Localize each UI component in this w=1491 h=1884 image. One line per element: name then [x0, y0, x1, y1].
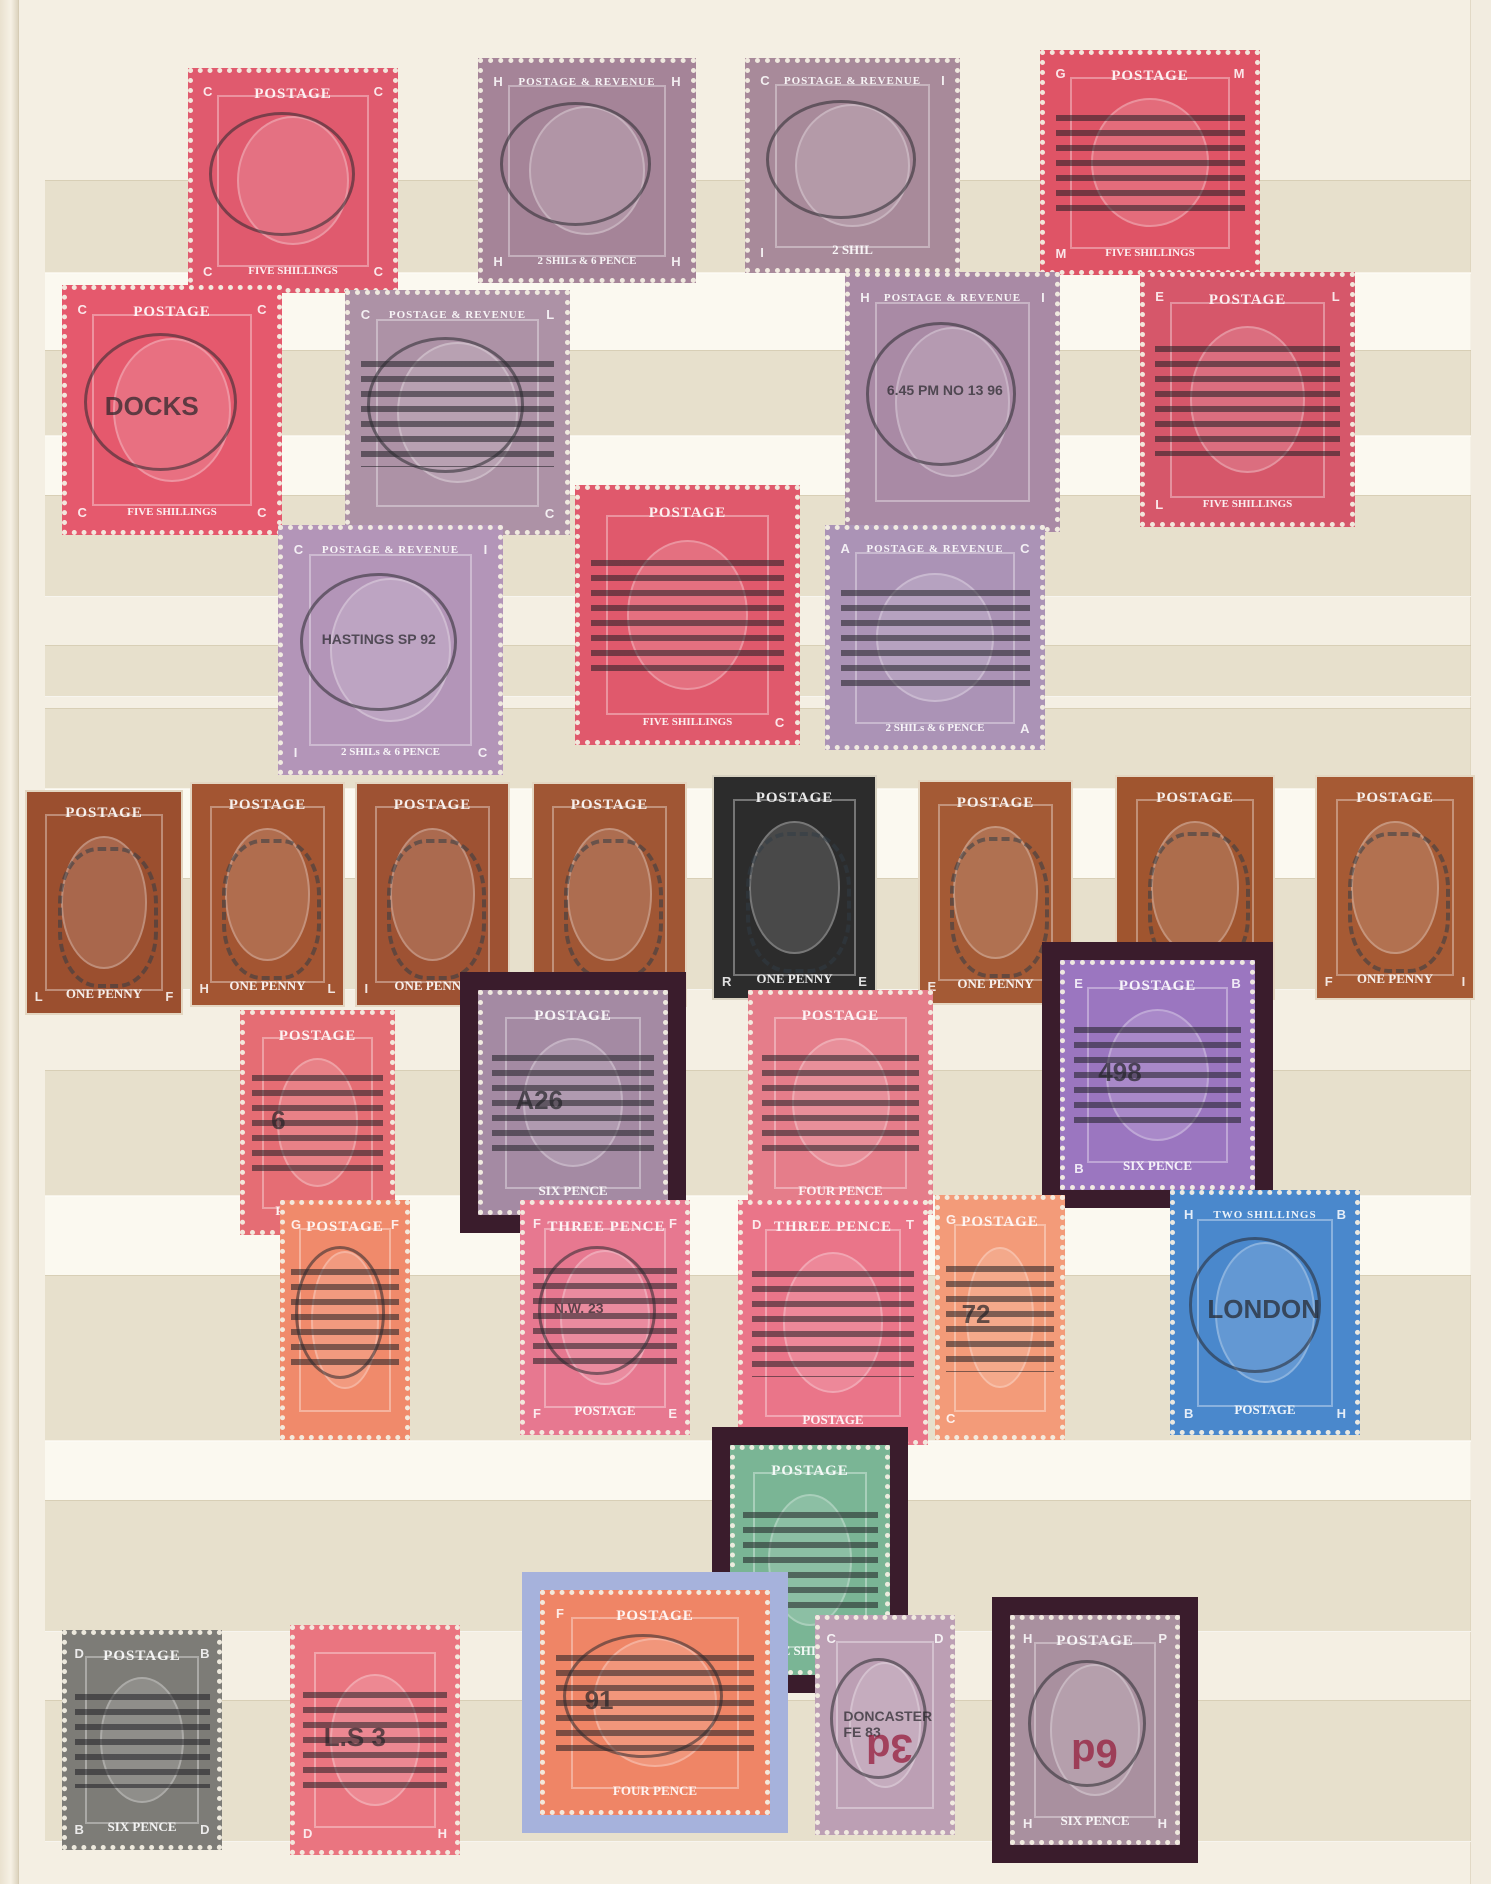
stamp-top-label: POSTAGE [1074, 68, 1225, 85]
page-binding [0, 0, 19, 1884]
stamp[interactable]: POSTAGE & REVENUECLC [345, 290, 570, 535]
corner-letter: F [556, 1606, 564, 1621]
corner-letter: L [328, 981, 336, 996]
stamp-bottom-label: ONE PENNY [42, 986, 165, 1002]
corner-letter: A [1020, 721, 1029, 736]
corner-letter: H [860, 290, 869, 305]
stamp[interactable]: POSTAGEFIVE SHILLINGSCCCC [188, 68, 398, 293]
stamp-top-label: POSTAGE [1339, 790, 1451, 807]
overprint: 6d [1071, 1730, 1118, 1775]
stamp[interactable]: POSTAGEFIVE SHILLINGSC [575, 485, 800, 745]
stamp[interactable]: POSTAGE & REVENUEHI6.45 PM NO 13 96 [845, 272, 1060, 532]
corner-letter: E [858, 974, 867, 989]
corner-letter: F [533, 1216, 541, 1231]
stamp[interactable]: POSTAGEONE PENNYHL [190, 782, 345, 1007]
postmark-text: L.S 3 [324, 1722, 386, 1753]
stamp[interactable]: POSTAGE & REVENUE2 SHILs & 6 PENCEHHHH [478, 58, 696, 283]
corner-letter: I [1462, 974, 1466, 989]
stamp-top-label: POSTAGE [96, 304, 247, 321]
postmark-text: 72 [962, 1299, 991, 1330]
corner-letter: H [671, 74, 680, 89]
corner-letter: C [760, 73, 769, 88]
stamp-top-label: POSTAGE & REVENUE [859, 543, 1010, 555]
corner-letter: H [1184, 1207, 1193, 1222]
stamp-bottom-label: 2 SHIL [771, 242, 935, 258]
circular-postmark [209, 112, 355, 236]
corner-letter: C [203, 264, 212, 279]
corner-letter: M [1056, 246, 1067, 261]
stamp-bottom-label: ONE PENNY [730, 971, 859, 987]
stamp[interactable]: POSTAGESIX PENCEDBBD [62, 1630, 222, 1850]
corner-letter: A [841, 541, 850, 556]
stamp[interactable]: POSTAGEONE PENNYFI [1315, 775, 1475, 1000]
stamp-top-label: POSTAGE [1174, 292, 1322, 309]
stamp-bottom-label: FIVE SHILLINGS [602, 716, 774, 728]
postmark-text: 91 [585, 1685, 614, 1716]
corner-letter: M [1234, 66, 1245, 81]
stamp-bottom-label: FIVE SHILLINGS [1066, 247, 1234, 259]
corner-letter: C [1020, 541, 1029, 556]
corner-letter: H [671, 254, 680, 269]
postmark-text: A26 [515, 1085, 563, 1116]
corner-letter: E [1155, 289, 1164, 304]
corner-letter: H [1023, 1816, 1032, 1831]
postmark-text: HASTINGS SP 92 [322, 631, 436, 647]
corner-letter: G [1056, 66, 1066, 81]
corner-letter: I [760, 245, 764, 260]
stamp-bottom-label: FIVE SHILLINGS [88, 506, 256, 518]
stamp-top-label: POSTAGE [508, 1008, 638, 1025]
stamp[interactable]: POSTAGEGF [280, 1200, 410, 1440]
maltese-cross-cancel [387, 839, 486, 980]
stamp-top-label: POSTAGE [1037, 1633, 1152, 1650]
corner-letter: B [1184, 1406, 1193, 1421]
stamp-top-label: POSTAGE & REVENUE [380, 309, 535, 321]
corner-letter: R [722, 974, 731, 989]
stamp-bottom-label: FOUR PENCE [771, 1183, 911, 1199]
stamp-bottom-label: SIX PENCE [82, 1819, 202, 1835]
stamp-top-label: POSTAGE & REVENUE [512, 76, 662, 88]
stamp-top-label: POSTAGE [610, 505, 765, 522]
stamp[interactable]: POSTAGEFOUR PENCEF91 [540, 1590, 770, 1815]
corner-letter: F [669, 1216, 677, 1231]
corner-letter: L [1155, 497, 1163, 512]
corner-letter: L [1332, 289, 1340, 304]
corner-letter: I [941, 73, 945, 88]
stamp-bottom-label: ONE PENNY [1333, 971, 1458, 987]
corner-letter: C [257, 302, 266, 317]
stamp-bottom-label: ONE PENNY [207, 978, 328, 994]
corner-letter: D [303, 1826, 312, 1841]
maltese-cross-cancel [746, 832, 851, 973]
corner-letter: H [438, 1826, 447, 1841]
corner-letter: G [946, 1212, 956, 1227]
corner-letter: H [1023, 1631, 1032, 1646]
corner-letter: C [361, 307, 370, 322]
postmark-text: LONDON [1207, 1294, 1320, 1325]
corner-letter: H [200, 981, 209, 996]
stamp-top-label: POSTAGE [1091, 978, 1224, 995]
stamp-top-label: POSTAGE [576, 1608, 734, 1625]
maltese-cross-cancel [222, 839, 321, 980]
stamp-bottom-label: FIVE SHILLINGS [1166, 498, 1330, 510]
stamp-top-label: POSTAGE [957, 1214, 1043, 1231]
stamp-top-label: POSTAGE [555, 797, 664, 814]
stamp-bottom-label: FOUR PENCE [567, 1783, 743, 1799]
maltese-cross-cancel [950, 837, 1049, 978]
stamp-bottom-label: 2 SHILs & 6 PENCE [305, 746, 477, 758]
maltese-cross-cancel [564, 839, 663, 980]
corner-letter: D [200, 1822, 209, 1837]
corner-letter: I [1041, 290, 1045, 305]
postmark-text: 498 [1098, 1057, 1141, 1088]
corner-letter: C [374, 264, 383, 279]
corner-letter: D [75, 1646, 84, 1661]
stamp-top-label: POSTAGE [213, 797, 322, 814]
circular-postmark [367, 337, 524, 472]
maltese-cross-cancel [58, 847, 158, 988]
corner-letter: C [78, 505, 87, 520]
stamp[interactable]: POSTAGESIX PENCEEBB498 [1060, 960, 1255, 1190]
stamp[interactable]: THREE PENCEPOSTAGEDT [738, 1200, 928, 1445]
stamp-top-label: POSTAGE [1139, 790, 1251, 807]
stamp[interactable]: POSTAGEFOUR PENCE [748, 990, 933, 1215]
stamp-bottom-label: ONE PENNY [935, 976, 1056, 992]
overprint: 3d [866, 1725, 913, 1770]
barred-cancel [752, 1271, 914, 1377]
corner-letter: C [478, 745, 487, 760]
circular-postmark [295, 1246, 385, 1379]
stamp[interactable]: POSTAGE & REVENUE2 SHILCII [745, 58, 960, 273]
stamp-bottom-label: SIX PENCE [501, 1183, 645, 1199]
corner-letter: F [1325, 974, 1333, 989]
corner-letter: F [533, 1406, 541, 1421]
stamp[interactable]: POSTAGEGC72 [935, 1195, 1065, 1440]
corner-letter: F [165, 989, 173, 1004]
corner-letter: C [78, 302, 87, 317]
corner-letter: T [906, 1217, 914, 1232]
corner-letter: C [827, 1631, 836, 1646]
stamp-bottom-label: SIX PENCE [1084, 1158, 1232, 1174]
stamp[interactable]: POSTAGEONE PENNYLF [25, 790, 183, 1015]
circular-postmark [766, 100, 916, 219]
corner-letter: H [1337, 1406, 1346, 1421]
stamp-bottom-label: POSTAGE [761, 1412, 905, 1428]
stamp-top-label: POSTAGE [265, 1028, 369, 1045]
barred-cancel [75, 1694, 210, 1789]
corner-letter: B [75, 1822, 84, 1837]
stamp[interactable]: POSTAGEFIVE SHILLINGSGMM [1040, 50, 1260, 275]
postmark-text: 6.45 PM NO 13 96 [887, 382, 1003, 398]
corner-letter: G [291, 1217, 301, 1232]
corner-letter: E [668, 1406, 677, 1421]
barred-cancel [1056, 115, 1245, 212]
stamp[interactable]: POSTAGEFIVE SHILLINGSCCCCDOCKS [62, 285, 282, 535]
barred-cancel [841, 590, 1030, 687]
corner-letter: B [1074, 1161, 1083, 1176]
stamp-top-label: POSTAGE [88, 1648, 196, 1665]
corner-letter: C [374, 84, 383, 99]
stamp-top-label: POSTAGE & REVENUE [313, 544, 468, 556]
stamp-top-label: POSTAGE & REVENUE [779, 75, 927, 87]
corner-letter: C [294, 542, 303, 557]
stamp-top-label: TWO SHILLINGS [1200, 1209, 1330, 1221]
stamp-top-label: POSTAGE [221, 86, 365, 103]
corner-letter: C [545, 506, 554, 521]
corner-letter: H [493, 254, 502, 269]
postmark-text: N.W. 23 [554, 1300, 604, 1316]
stamp-bottom-label: FIVE SHILLINGS [213, 265, 373, 277]
corner-letter: B [1337, 1207, 1346, 1222]
stamp[interactable]: DHL.S 3 [290, 1625, 460, 1855]
stamp-bottom-label: POSTAGE [541, 1403, 669, 1419]
stamp-bottom-label: 2 SHILs & 6 PENCE [851, 722, 1019, 734]
stamp[interactable]: TWO SHILLINGSPOSTAGEHBBHLONDON [1170, 1190, 1360, 1435]
corner-letter: F [391, 1217, 399, 1232]
stamp[interactable]: CDDONCASTER FE 833d [815, 1615, 955, 1835]
corner-letter: H [493, 74, 502, 89]
stamp-top-label: POSTAGE [778, 1008, 904, 1025]
stamp[interactable]: POSTAGESIX PENCEHPHH6d [1010, 1615, 1180, 1845]
corner-letter: C [946, 1411, 955, 1426]
stamp-top-label: THREE PENCE [768, 1219, 898, 1236]
postmark-text: 6 [271, 1105, 285, 1136]
stamp-top-label: POSTAGE & REVENUE [879, 292, 1027, 304]
stockbook-page: POSTAGEFIVE SHILLINGSCCCCPOSTAGE & REVEN… [0, 0, 1491, 1884]
stamp[interactable]: POSTAGE & REVENUE2 SHILs & 6 PENCEACA [825, 525, 1045, 750]
stamp[interactable]: POSTAGEONE PENNYRE [712, 775, 877, 1000]
barred-cancel [591, 560, 785, 673]
corner-letter: C [203, 84, 212, 99]
postmark-text: DOCKS [105, 391, 199, 422]
stamp-top-label: POSTAGE [49, 805, 160, 822]
stamp[interactable]: THREE PENCEPOSTAGEFFFEN.W. 23 [520, 1200, 690, 1435]
corner-letter: I [484, 542, 488, 557]
corner-letter: C [257, 505, 266, 520]
stamp-top-label: POSTAGE [378, 797, 487, 814]
corner-letter: I [365, 981, 369, 996]
stamp-top-label: POSTAGE [737, 790, 853, 807]
corner-letter: B [200, 1646, 209, 1661]
barred-cancel [762, 1055, 920, 1152]
stamp-top-label: POSTAGE [756, 1463, 864, 1480]
stamp[interactable]: POSTAGESIX PENCEA26 [478, 990, 668, 1215]
stamp[interactable]: POSTAGEFIVE SHILLINGSELL [1140, 272, 1355, 527]
stamp-bottom-label: SIX PENCE [1031, 1813, 1159, 1829]
corner-letter: I [294, 745, 298, 760]
stamp-top-label: THREE PENCE [547, 1219, 662, 1236]
corner-letter: L [35, 989, 43, 1004]
corner-letter: D [934, 1631, 943, 1646]
corner-letter: D [752, 1217, 761, 1232]
stamp-top-label: POSTAGE [302, 1219, 388, 1236]
corner-letter: L [546, 307, 554, 322]
circular-postmark [500, 102, 652, 226]
corner-letter: E [1074, 976, 1083, 991]
stamp[interactable]: POSTAGE & REVENUE2 SHILs & 6 PENCECIICHA… [278, 525, 503, 775]
corner-letter: P [1158, 1631, 1167, 1646]
barred-cancel [1155, 346, 1340, 456]
corner-letter: B [1231, 976, 1240, 991]
corner-letter: H [1158, 1816, 1167, 1831]
corner-letter: C [775, 715, 784, 730]
stamp-top-label: POSTAGE [941, 795, 1050, 812]
maltese-cross-cancel [1348, 832, 1450, 973]
stamp-bottom-label: POSTAGE [1193, 1402, 1337, 1418]
stamp-bottom-label: 2 SHILs & 6 PENCE [504, 255, 670, 267]
